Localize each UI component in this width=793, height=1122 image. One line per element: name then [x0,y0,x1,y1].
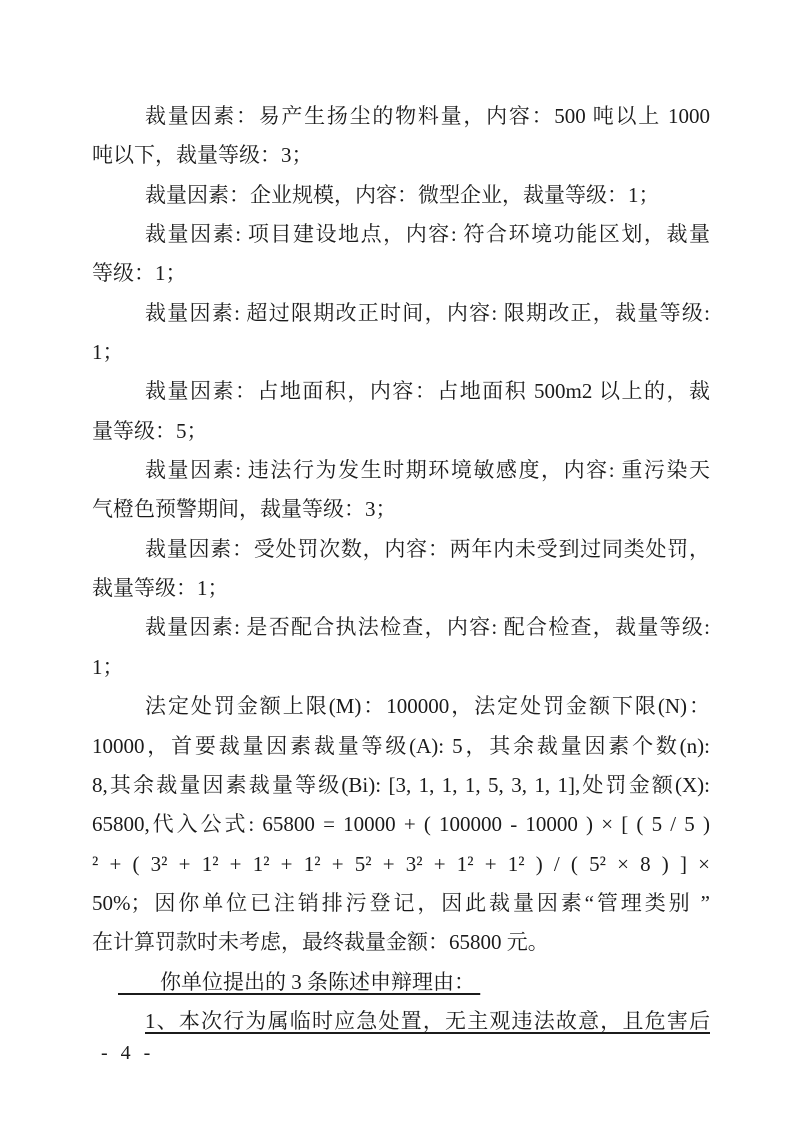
text-line: 裁量因素：易产生扬尘的物料量，内容：500 吨以上 1000 [92,97,710,136]
text-line: 裁量因素: 是否配合执法检查，内容: 配合检查，裁量等级: [92,608,710,647]
text-line: 10000，首要裁量因素裁量等级(A): 5，其余裁量因素个数(n): [92,727,710,766]
text-line: ² + ( 3² + 1² + 1² + 1² + 5² + 3² + 1² +… [92,845,710,884]
text-line: 在计算罚款时未考虑，最终裁量金额：65800 元。 [92,923,710,962]
text-line: 量等级：5； [92,412,710,451]
text-line: 你单位提出的 3 条陈述申辩理由： [92,963,710,1002]
text-line: 裁量因素: 项目建设地点，内容: 符合环境功能区划，裁量 [92,215,710,254]
text-line: 法定处罚金额上限(M)：100000，法定处罚金额下限(N)： [92,687,710,726]
text-line: 裁量因素：企业规模，内容：微型企业，裁量等级：1； [92,176,710,215]
document-page: 裁量因素：易产生扬尘的物料量，内容：500 吨以上 1000吨以下，裁量等级：3… [0,0,793,1122]
text-line: 裁量因素: 违法行为发生时期环境敏感度，内容: 重污染天 [92,451,710,490]
text-line: 裁量因素：受处罚次数，内容：两年内未受到过同类处罚， [92,530,710,569]
text-line: 裁量因素: 超过限期改正时间，内容: 限期改正，裁量等级: [92,294,710,333]
text-line: 1； [92,648,710,687]
text-line: 1、本次行为属临时应急处置，无主观违法故意，且危害后 [92,1002,710,1041]
page-number: - 4 - [101,1040,154,1066]
text-line: 裁量因素：占地面积，内容：占地面积 500m2 以上的，裁 [92,372,710,411]
text-line: 气橙色预警期间，裁量等级：3； [92,490,710,529]
text-line: 8,其余裁量因素裁量等级(Bi): [3, 1, 1, 1, 5, 3, 1, … [92,766,710,805]
text-line: 吨以下，裁量等级：3； [92,136,710,175]
text-line: 1； [92,333,710,372]
text-line: 等级：1； [92,254,710,293]
document-body: 裁量因素：易产生扬尘的物料量，内容：500 吨以上 1000吨以下，裁量等级：3… [92,97,710,1041]
text-line: 50%；因你单位已注销排污登记，因此裁量因素“管理类别 ” [92,884,710,923]
text-line: 65800,代入公式: 65800 = 10000 + ( 100000 - 1… [92,805,710,844]
text-line: 裁量等级：1； [92,569,710,608]
